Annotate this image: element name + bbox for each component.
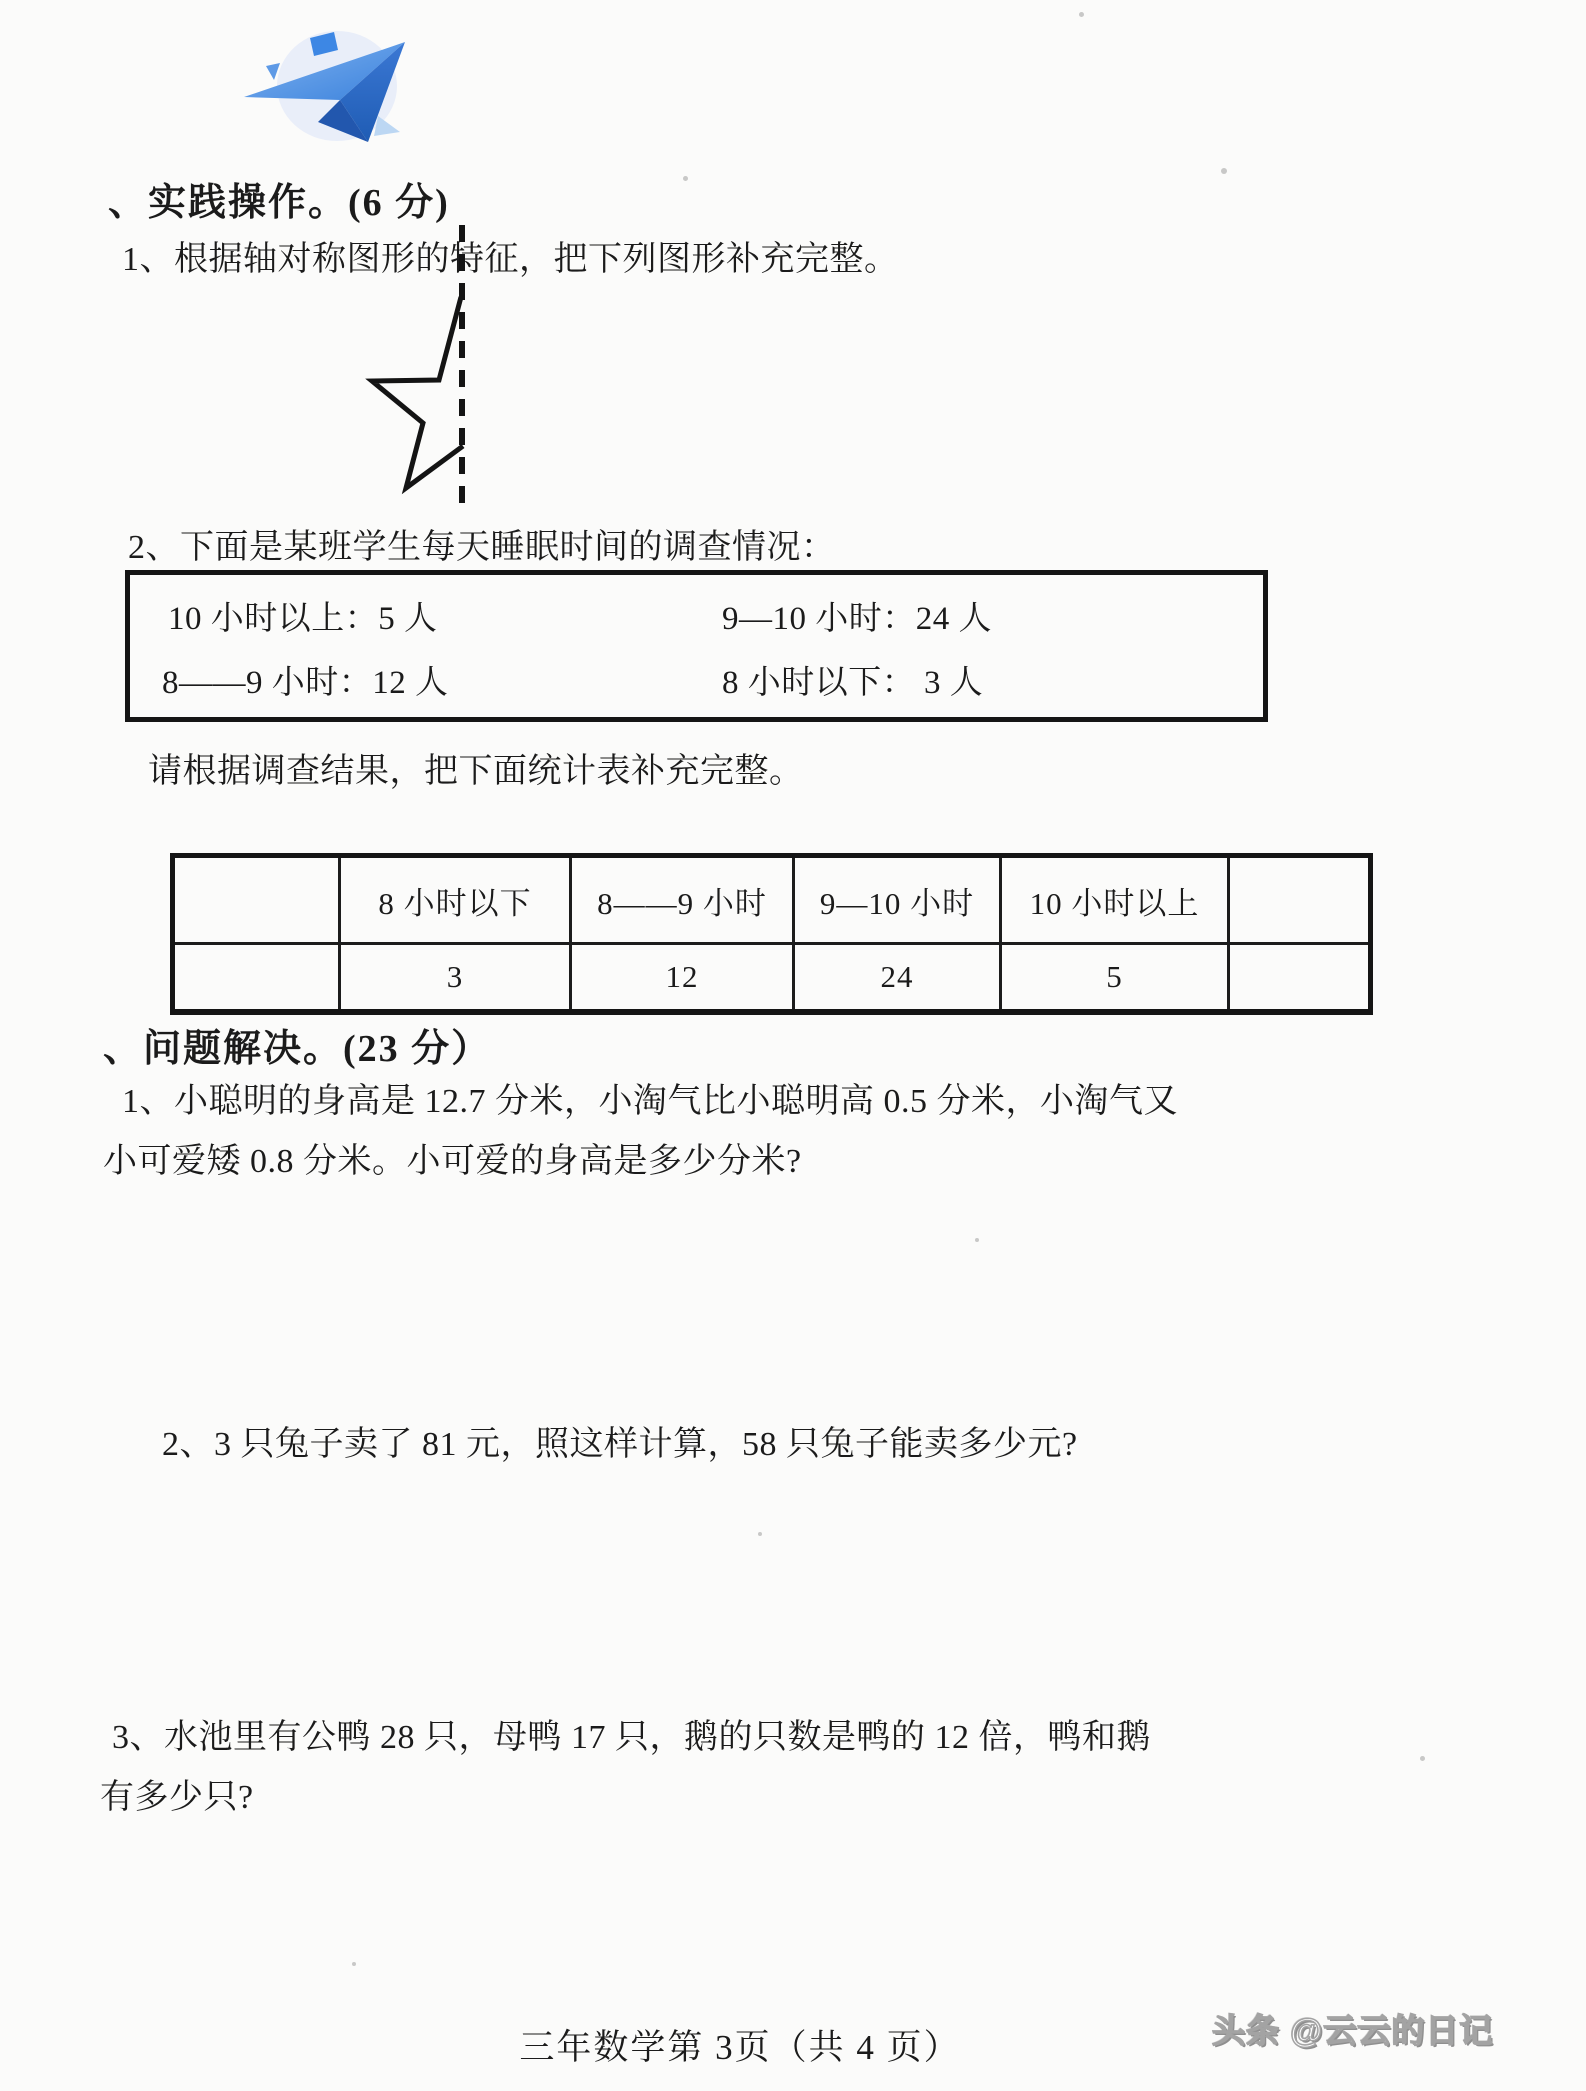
scan-speck bbox=[683, 176, 688, 181]
scan-speck bbox=[1079, 12, 1084, 17]
problem2-line1: 2、3 只兔子卖了 81 元，照这样计算，58 只兔子能卖多少元? bbox=[162, 1425, 1078, 1464]
value-empty-left bbox=[173, 944, 340, 1013]
survey-item-under8: 8 小时以下： 3 人 bbox=[722, 667, 983, 700]
table-header-row: 8 小时以下 8——9 小时 9—10 小时 10 小时以上 bbox=[173, 856, 1371, 944]
section-problems-title: 、问题解决。(23 分） bbox=[103, 1028, 491, 1072]
scan-speck bbox=[1420, 1756, 1425, 1761]
header-over10: 10 小时以上 bbox=[1001, 856, 1229, 944]
survey-item-8to9: 8——9 小时：12 人 bbox=[162, 667, 449, 700]
header-under8: 8 小时以下 bbox=[340, 856, 571, 944]
table-instruction: 请根据调查结果，把下面统计表补充完整。 bbox=[148, 752, 804, 791]
page-footer: 三年数学第 3页（共 4 页） bbox=[385, 2028, 1095, 2068]
value-over10: 5 bbox=[1001, 944, 1229, 1013]
header-empty-right bbox=[1229, 856, 1371, 944]
problem1-line2: 小可爱矮 0.8 分米。小可爱的身高是多少分米? bbox=[103, 1142, 802, 1181]
survey-item-over10: 10 小时以上：5 人 bbox=[168, 603, 438, 636]
watermark-text: 头条 @云云的日记 bbox=[1212, 2012, 1493, 2050]
scan-speck bbox=[352, 1962, 356, 1966]
scan-speck bbox=[975, 1238, 979, 1242]
header-9to10: 9—10 小时 bbox=[794, 856, 1001, 944]
practice-q1-text: 1、根据轴对称图形的特征，把下列图形补充完整。 bbox=[122, 240, 899, 279]
header-8to9: 8——9 小时 bbox=[571, 856, 794, 944]
problem1-line1: 1、小聪明的身高是 12.7 分米，小淘气比小聪明高 0.5 分米，小淘气又 bbox=[122, 1082, 1178, 1121]
value-9to10: 24 bbox=[794, 944, 1001, 1013]
symmetry-figure bbox=[330, 215, 490, 525]
survey-item-9to10: 9—10 小时：24 人 bbox=[722, 603, 992, 636]
value-under8: 3 bbox=[340, 944, 571, 1013]
scan-speck bbox=[758, 1532, 762, 1536]
scan-speck bbox=[1221, 168, 1227, 174]
sleep-statistics-table: 8 小时以下 8——9 小时 9—10 小时 10 小时以上 3 12 24 5 bbox=[170, 853, 1373, 1015]
header-empty-left bbox=[173, 856, 340, 944]
value-8to9: 12 bbox=[571, 944, 794, 1013]
problem3-line2: 有多少只? bbox=[100, 1778, 254, 1817]
value-empty-right bbox=[1229, 944, 1371, 1013]
half-star-outline bbox=[372, 297, 463, 488]
logo-confetti-right bbox=[374, 116, 400, 136]
practice-q2-text: 2、下面是某班学生每天睡眠时间的调查情况： bbox=[128, 528, 836, 567]
scanned-worksheet: { "page": { "footer": "三年数学第 3页（共 4 页）",… bbox=[0, 0, 1586, 2091]
survey-box: 10 小时以上：5 人 9—10 小时：24 人 8——9 小时：12 人 8 … bbox=[125, 570, 1268, 722]
table-value-row: 3 12 24 5 bbox=[173, 944, 1371, 1013]
problem3-line1: 3、水池里有公鸭 28 只，母鸭 17 只，鹅的只数是鸭的 12 倍，鸭和鹅 bbox=[112, 1718, 1151, 1757]
paper-plane-logo bbox=[222, 14, 422, 154]
